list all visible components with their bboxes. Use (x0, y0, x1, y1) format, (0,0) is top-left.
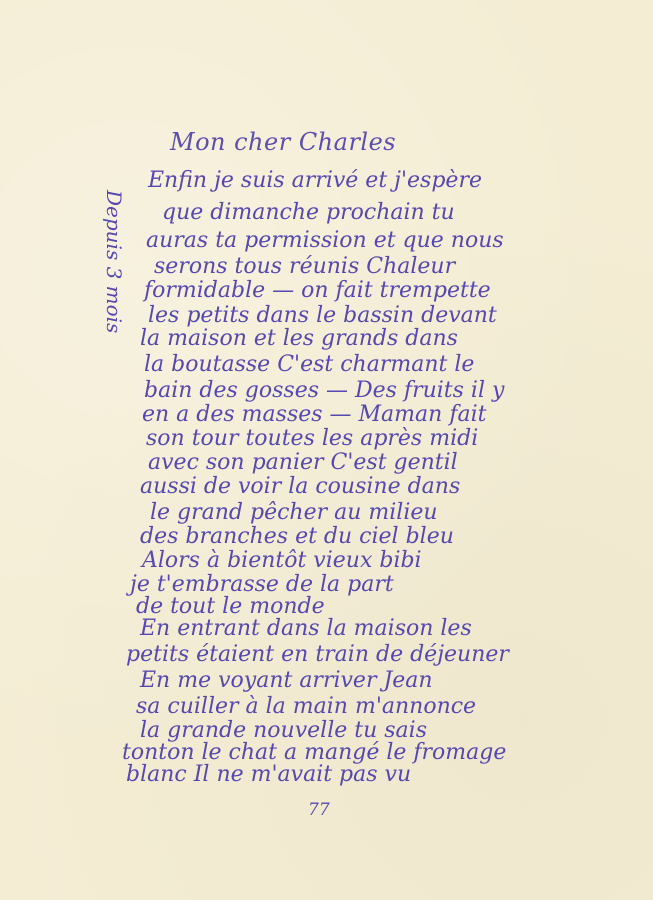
letter-line: Alors à bientôt vieux bibi (142, 550, 422, 572)
letter-line: la grande nouvelle tu sais (140, 720, 427, 742)
letter-line: tonton le chat a mangé le fromage (122, 742, 506, 764)
letter-line: auras ta permission et que nous (146, 230, 504, 252)
letter-line: la boutasse C'est charmant le (144, 354, 474, 376)
letter-line: En entrant dans la maison les (140, 618, 472, 640)
page-number: 77 (308, 800, 330, 820)
letter-line: en a des masses — Maman fait (142, 404, 486, 426)
letter-line: Enfin je suis arrivé et j'espère (148, 170, 482, 192)
letter-line: je t'embrasse de la part (130, 574, 394, 596)
letter-line: avec son panier C'est gentil (148, 452, 458, 474)
letter-line: que dimanche prochain tu (162, 202, 455, 224)
letter-line: petits étaient en train de déjeuner (126, 644, 509, 666)
letter-line: la maison et les grands dans (140, 328, 458, 350)
margin-note: Depuis 3 mois (102, 190, 126, 390)
letter-line: le grand pêcher au milieu (150, 502, 438, 524)
letter-line: de tout le monde (136, 596, 325, 618)
letter-line: les petits dans le bassin devant (148, 305, 497, 327)
letter-line: serons tous réunis Chaleur (154, 256, 455, 278)
letter-line: blanc Il ne m'avait pas vu (126, 764, 411, 786)
letter-line: sa cuiller à la main m'annonce (136, 696, 476, 718)
letter-salutation: Mon cher Charles (170, 128, 396, 156)
letter-line: des branches et du ciel bleu (140, 526, 454, 548)
letter-line: formidable — on fait trempette (144, 280, 491, 302)
letter-line: bain des gosses — Des fruits il y (144, 380, 504, 402)
letter-line: son tour toutes les après midi (146, 428, 478, 450)
letter-line: En me voyant arriver Jean (140, 670, 433, 692)
letter-line: aussi de voir la cousine dans (140, 476, 460, 498)
